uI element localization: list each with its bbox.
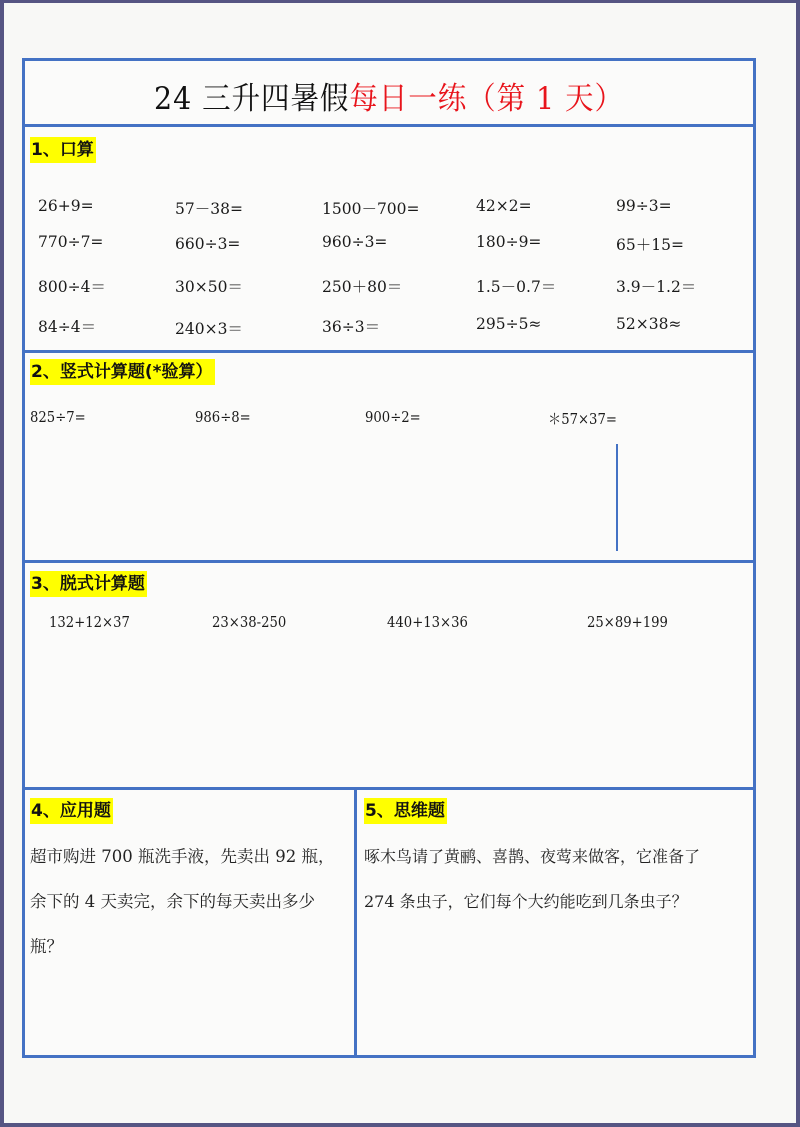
title-row: 24 三升四暑假每日一练（第 1 天） <box>25 61 753 127</box>
vertical-problem: 900÷2= <box>365 408 421 426</box>
oral-problem: 250＋80＝ <box>322 275 402 297</box>
section-application: 4、应用题 超市购进 700 瓶洗手液，先卖出 92 瓶， 余下的 4 天卖完，… <box>25 790 357 1055</box>
oral-problem: 660÷3= <box>175 235 240 253</box>
oral-problem: 57－38= <box>175 197 243 219</box>
section-step-calculation: 3、脱式计算题 132+12×37 23×38-250 440+13×36 25… <box>25 563 753 790</box>
oral-problem: 770÷7= <box>38 233 103 251</box>
oral-problem: 36÷3＝ <box>322 315 380 337</box>
vertical-problem: ＊57×37= <box>548 408 617 429</box>
section-heading: 2、竖式计算题(*验算） <box>30 359 215 385</box>
thinking-problem-text: 啄木鸟请了黄鹂、喜鹊、夜莺来做客，它准备了 274 条虫子，它们每个大约能吃到几… <box>364 834 700 924</box>
oral-problem: 3.9－1.2＝ <box>616 275 696 297</box>
oral-problem: 26+9= <box>38 197 94 215</box>
section-vertical-calculation: 2、竖式计算题(*验算） 825÷7= 986÷8= 900÷2= ＊57×37… <box>25 353 753 563</box>
oral-problem: 84÷4＝ <box>38 315 96 337</box>
oral-problem: 52×38≈ <box>616 315 681 333</box>
problem-line: 瓶？ <box>30 924 334 969</box>
oral-problem: 1.5－0.7＝ <box>476 275 556 297</box>
oral-problem: 180÷9= <box>476 233 541 251</box>
title-highlight: 每日一练（第 1 天） <box>349 81 624 117</box>
section-heading: 5、思维题 <box>364 798 447 824</box>
section-oral-arithmetic: 1、口算 26+9= 57－38= 1500－700= 42×2= 99÷3= … <box>25 127 753 353</box>
problem-line: 274 条虫子，它们每个大约能吃到几条虫子？ <box>364 879 700 924</box>
section-heading: 3、脱式计算题 <box>30 571 147 597</box>
application-problem-text: 超市购进 700 瓶洗手液，先卖出 92 瓶， 余下的 4 天卖完，余下的每天卖… <box>30 834 334 969</box>
section-heading: 1、口算 <box>30 137 96 163</box>
oral-problem: 99÷3= <box>616 197 672 215</box>
section-word-problems: 4、应用题 超市购进 700 瓶洗手液，先卖出 92 瓶， 余下的 4 天卖完，… <box>25 790 753 1055</box>
oral-problem: 65＋15= <box>616 233 684 255</box>
step-problem: 25×89+199 <box>587 613 668 631</box>
section-thinking: 5、思维题 啄木鸟请了黄鹂、喜鹊、夜莺来做客，它准备了 274 条虫子，它们每个… <box>357 790 753 1055</box>
title-main: 24 三升四暑假 <box>154 81 349 117</box>
vertical-problem: 825÷7= <box>30 408 86 426</box>
worksheet-title: 24 三升四暑假每日一练（第 1 天） <box>54 73 724 118</box>
oral-problem: 240×3＝ <box>175 317 243 339</box>
oral-problem: 960÷3= <box>322 233 387 251</box>
oral-problem: 42×2= <box>476 197 532 215</box>
worksheet: 24 三升四暑假每日一练（第 1 天） 1、口算 26+9= 57－38= 15… <box>22 58 756 1058</box>
step-problem: 440+13×36 <box>387 613 468 631</box>
oral-problem: 30×50＝ <box>175 275 243 297</box>
oral-problem: 295÷5≈ <box>476 315 541 333</box>
problem-line: 啄木鸟请了黄鹂、喜鹊、夜莺来做客，它准备了 <box>364 834 700 879</box>
vertical-problem: 986÷8= <box>195 408 251 426</box>
problem-line: 超市购进 700 瓶洗手液，先卖出 92 瓶， <box>30 834 334 879</box>
step-problem: 23×38-250 <box>212 613 286 631</box>
problem-line: 余下的 4 天卖完，余下的每天卖出多少 <box>30 879 334 924</box>
vertical-rule-line <box>616 444 618 551</box>
oral-problem: 800÷4＝ <box>38 275 106 297</box>
section-heading: 4、应用题 <box>30 798 113 824</box>
step-problem: 132+12×37 <box>49 613 130 631</box>
oral-problem: 1500－700= <box>322 197 420 219</box>
